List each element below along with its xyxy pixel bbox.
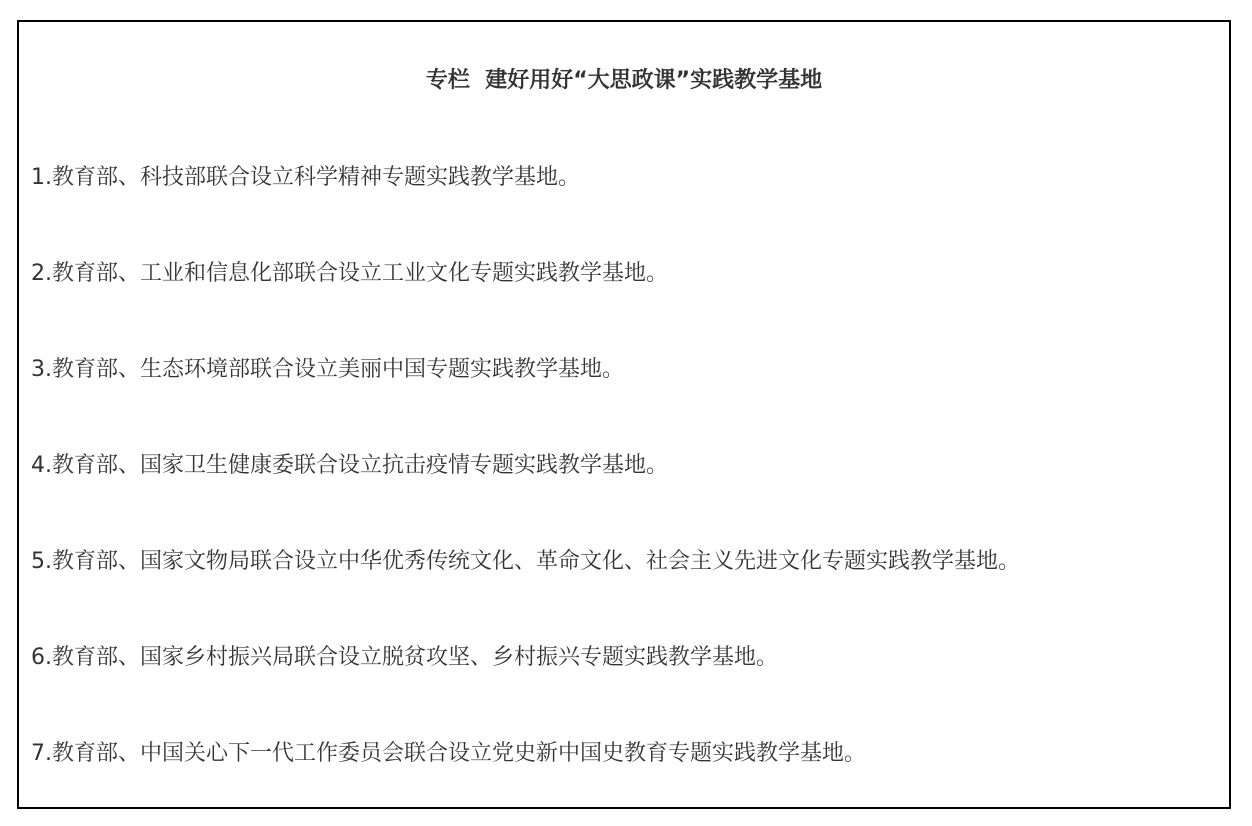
list-item: 6.教育部、国家乡村振兴局联合设立脱贫攻坚、乡村振兴专题实践教学基地。: [31, 643, 778, 673]
list-item: 2.教育部、工业和信息化部联合设立工业文化专题实践教学基地。: [31, 259, 668, 289]
content-box: 专栏 建好用好“大思政课”实践教学基地 1.教育部、科技部联合设立科学精神专题实…: [17, 20, 1231, 809]
list-item: 5.教育部、国家文物局联合设立中华优秀传统文化、革命文化、社会主义先进文化专题实…: [31, 547, 1020, 577]
list-item: 7.教育部、中国关心下一代工作委员会联合设立党史新中国史教育专题实践教学基地。: [31, 739, 866, 769]
list-item: 1.教育部、科技部联合设立科学精神专题实践教学基地。: [31, 163, 580, 193]
list-item: 3.教育部、生态环境部联合设立美丽中国专题实践教学基地。: [31, 355, 624, 385]
page-title: 专栏 建好用好“大思政课”实践教学基地: [19, 66, 1229, 96]
list-item: 4.教育部、国家卫生健康委联合设立抗击疫情专题实践教学基地。: [31, 451, 668, 481]
